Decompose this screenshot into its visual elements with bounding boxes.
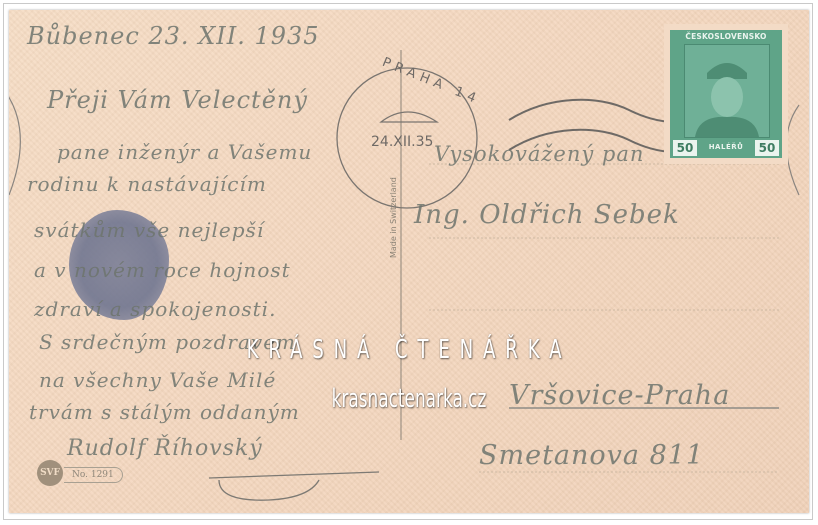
message-line: Přeji Vám Velectěný — [47, 86, 308, 114]
stamp-country: ČESKOSLOVENSKO — [670, 32, 782, 41]
message-line: rodinu k nastávajícím — [27, 172, 267, 196]
postage-stamp: ČESKOSLOVENSKO 50 HALÉŘŮ 50 — [664, 24, 788, 164]
stamp-portrait-icon — [684, 44, 770, 138]
stamp-face: ČESKOSLOVENSKO 50 HALÉŘŮ 50 — [670, 30, 782, 158]
watermark-url: krasnactenarka.cz — [143, 384, 675, 414]
serial-number: No. 1291 — [64, 467, 123, 483]
stamp-currency: HALÉŘŮ — [700, 143, 752, 151]
watermark-title: KRÁSNÁ ČTENÁŘKA — [123, 335, 696, 365]
stamp-value-left: 50 — [673, 140, 697, 156]
stamp-value-right: 50 — [755, 140, 779, 156]
message-line: zdraví a spokojenosti. — [34, 297, 276, 321]
address-name: Ing. Oldřich Sebek — [414, 200, 680, 230]
postcard-back: Bůbenec 23. XII. 1935 Přeji Vám Velectěn… — [9, 10, 809, 513]
postmark-date: 24.XII.35 — [371, 134, 433, 150]
message-line: pane inženýr a Vašemu — [57, 140, 312, 164]
publisher-logo: SVF — [37, 460, 63, 486]
address-salutation: Vysokovážený pan — [434, 142, 644, 166]
message-signature: Rudolf Říhovský — [67, 436, 263, 461]
address-street: Smetanova 811 — [479, 440, 704, 471]
message-line: svátkům vše nejlepší — [34, 218, 264, 242]
message-date: Bůbenec 23. XII. 1935 — [27, 22, 320, 50]
made-in-label: Made in Switzerland — [389, 177, 398, 258]
message-line: a v novém roce hojnost — [34, 258, 291, 282]
